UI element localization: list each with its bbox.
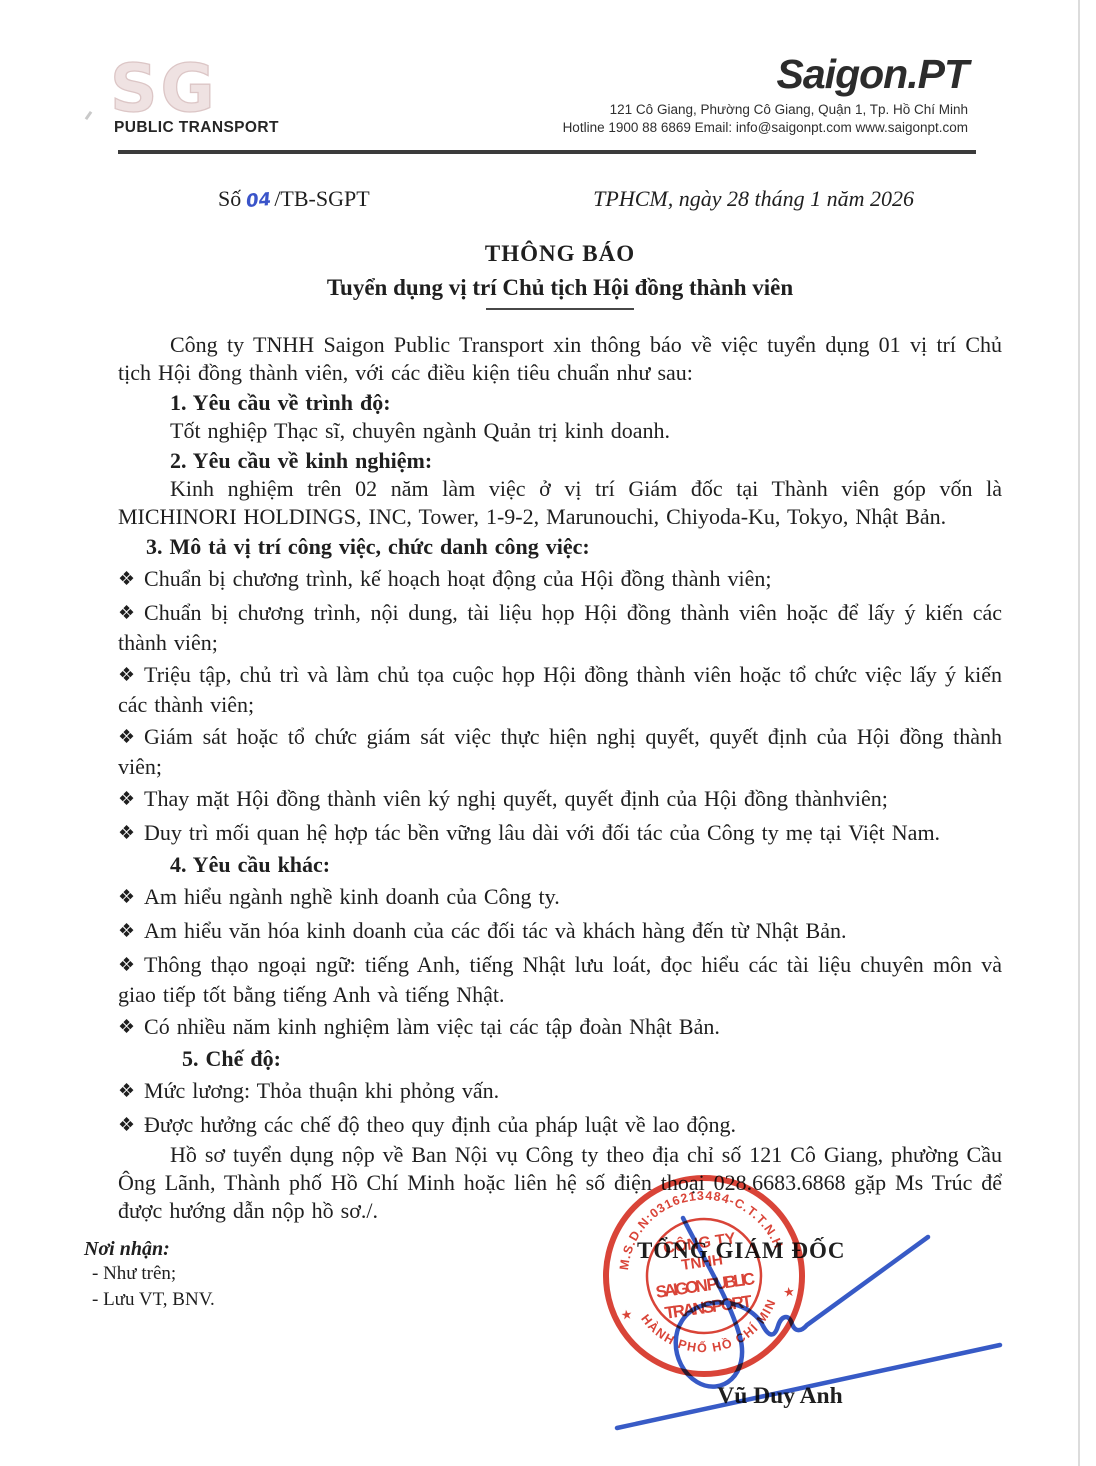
list-item: ❖Duy trì mối quan hệ hợp tác bền vững lâ… [118,819,1002,849]
brand-address: 121 Cô Giang, Phường Cô Giang, Quận 1, T… [563,102,968,117]
company-seal-stamp: M.S.D.N:0316213484-C.T.T.N.H THÀNH PHỐ H… [582,1154,826,1398]
diamond-bullet-icon: ❖ [118,952,135,980]
company-logo-ghost: SG [110,56,218,122]
place-and-date: TPHCM, ngày 28 tháng 1 năm 2026 [593,186,914,212]
scanned-document-page: SG PUBLIC TRANSPORT Saigon.PT 121 Cô Gia… [0,0,1096,1466]
list-item: ❖Được hưởng các chế độ theo quy định của… [118,1111,1002,1141]
section-5-heading: 5. Chế độ: [118,1045,1002,1073]
recipient-line: - Lưu VT, BNV. [84,1287,215,1313]
stamp-center-line2: TNHH [680,1251,724,1274]
list-item: ❖Chuẩn bị chương trình, nội dung, tài li… [118,599,1002,657]
brand-contact: Hotline 1900 88 6869 Email: info@saigonp… [563,120,968,135]
list-item-text: Am hiểu ngành nghề kinh doanh của Công t… [144,884,560,909]
list-item-text: Triệu tập, chủ trì và làm chủ tọa cuộc h… [118,662,1002,717]
title-underline [486,308,634,310]
section-3-heading: 3. Mô tả vị trí công việc, chức danh côn… [118,533,1002,561]
diamond-bullet-icon: ❖ [118,918,135,946]
diamond-bullet-icon: ❖ [118,566,135,594]
intro-paragraph: Công ty TNHH Saigon Public Transport xin… [118,331,1002,387]
list-item-text: Duy trì mối quan hệ hợp tác bền vững lâu… [144,820,940,845]
closing-paragraph: Hồ sơ tuyển dụng nộp về Ban Nội vụ Công … [118,1141,1002,1225]
list-item-text: Chuẩn bị chương trình, nội dung, tài liệ… [118,600,1002,655]
recipients-heading: Nơi nhận: [84,1238,215,1261]
brand-name: Saigon.PT [563,52,968,97]
scan-artifact-line [1078,0,1080,1466]
number-label: Số [218,186,241,211]
stamp-star-right-icon: ★ [782,1284,796,1300]
list-item: ❖Am hiểu văn hóa kinh doanh của các đối … [118,917,1002,947]
recipients-block: Nơi nhận: - Như trên; - Lưu VT, BNV. [84,1238,215,1313]
list-item: ❖Am hiểu ngành nghề kinh doanh của Công … [118,883,1002,913]
diamond-bullet-icon: ❖ [118,724,135,752]
diamond-bullet-icon: ❖ [118,884,135,912]
list-item-text: Thông thạo ngoại ngữ: tiếng Anh, tiếng N… [118,952,1002,1007]
letterhead-brand-block: Saigon.PT 121 Cô Giang, Phường Cô Giang,… [563,52,968,135]
section-1-text: Tốt nghiệp Thạc sĩ, chuyên ngành Quản tr… [118,417,1002,445]
recipient-line: - Như trên; [84,1261,215,1287]
document-subject-title: Tuyển dụng vị trí Chủ tịch Hội đồng thàn… [118,275,1002,301]
handwritten-number: 04 [245,189,272,212]
number-suffix: /TB-SGPT [274,186,369,211]
list-item: ❖Triệu tập, chủ trì và làm chủ tọa cuộc … [118,661,1002,719]
document-number: Số04/TB-SGPT [218,186,370,212]
diamond-bullet-icon: ❖ [118,662,135,690]
diamond-bullet-icon: ❖ [118,1112,135,1140]
diamond-bullet-icon: ❖ [118,1014,135,1042]
list-item: ❖Thay mặt Hội đồng thành viên ký nghị qu… [118,785,1002,815]
stamp-svg: M.S.D.N:0316213484-C.T.T.N.H THÀNH PHỐ H… [582,1154,826,1398]
section-2-heading: 2. Yêu cầu về kinh nghiệm: [118,447,1002,475]
diamond-bullet-icon: ❖ [118,600,135,628]
list-item-text: Mức lương: Thỏa thuận khi phỏng vấn. [144,1078,499,1103]
document-body: Công ty TNHH Saigon Public Transport xin… [118,331,1002,1225]
header-divider [118,150,976,154]
list-item: ❖Thông thạo ngoại ngữ: tiếng Anh, tiếng … [118,951,1002,1009]
diamond-bullet-icon: ❖ [118,786,135,814]
list-item-text: Am hiểu văn hóa kinh doanh của các đối t… [144,918,846,943]
stamp-center-line1: CÔNG TY [662,1228,737,1257]
list-item-text: Giám sát hoặc tổ chức giám sát việc thực… [118,724,1002,779]
title-block: THÔNG BÁO Tuyển dụng vị trí Chủ tịch Hội… [118,241,1002,310]
section-4-heading: 4. Yêu cầu khác: [118,851,1002,879]
scan-artifact-mark [85,111,93,120]
list-item-text: Thay mặt Hội đồng thành viên ký nghị quy… [144,786,888,811]
list-item: ❖Giám sát hoặc tổ chức giám sát việc thự… [118,723,1002,781]
list-item-text: Được hưởng các chế độ theo quy định của … [144,1112,736,1137]
diamond-bullet-icon: ❖ [118,1078,135,1106]
list-item: ❖Có nhiều năm kinh nghiệm làm việc tại c… [118,1013,1002,1043]
diamond-bullet-icon: ❖ [118,820,135,848]
stamp-star-left-icon: ★ [620,1306,634,1322]
list-item: ❖Chuẩn bị chương trình, kế hoạch hoạt độ… [118,565,1002,595]
list-item-text: Có nhiều năm kinh nghiệm làm việc tại cá… [144,1014,720,1039]
section-2-text: Kinh nghiệm trên 02 năm làm việc ở vị tr… [118,475,1002,531]
company-logo-label: PUBLIC TRANSPORT [114,119,279,137]
document-type-title: THÔNG BÁO [118,241,1002,267]
list-item: ❖Mức lương: Thỏa thuận khi phỏng vấn. [118,1077,1002,1107]
list-item-text: Chuẩn bị chương trình, kế hoạch hoạt độn… [144,566,772,591]
document-meta-row: Số04/TB-SGPT TPHCM, ngày 28 tháng 1 năm … [218,186,914,212]
section-1-heading: 1. Yêu cầu về trình độ: [118,389,1002,417]
